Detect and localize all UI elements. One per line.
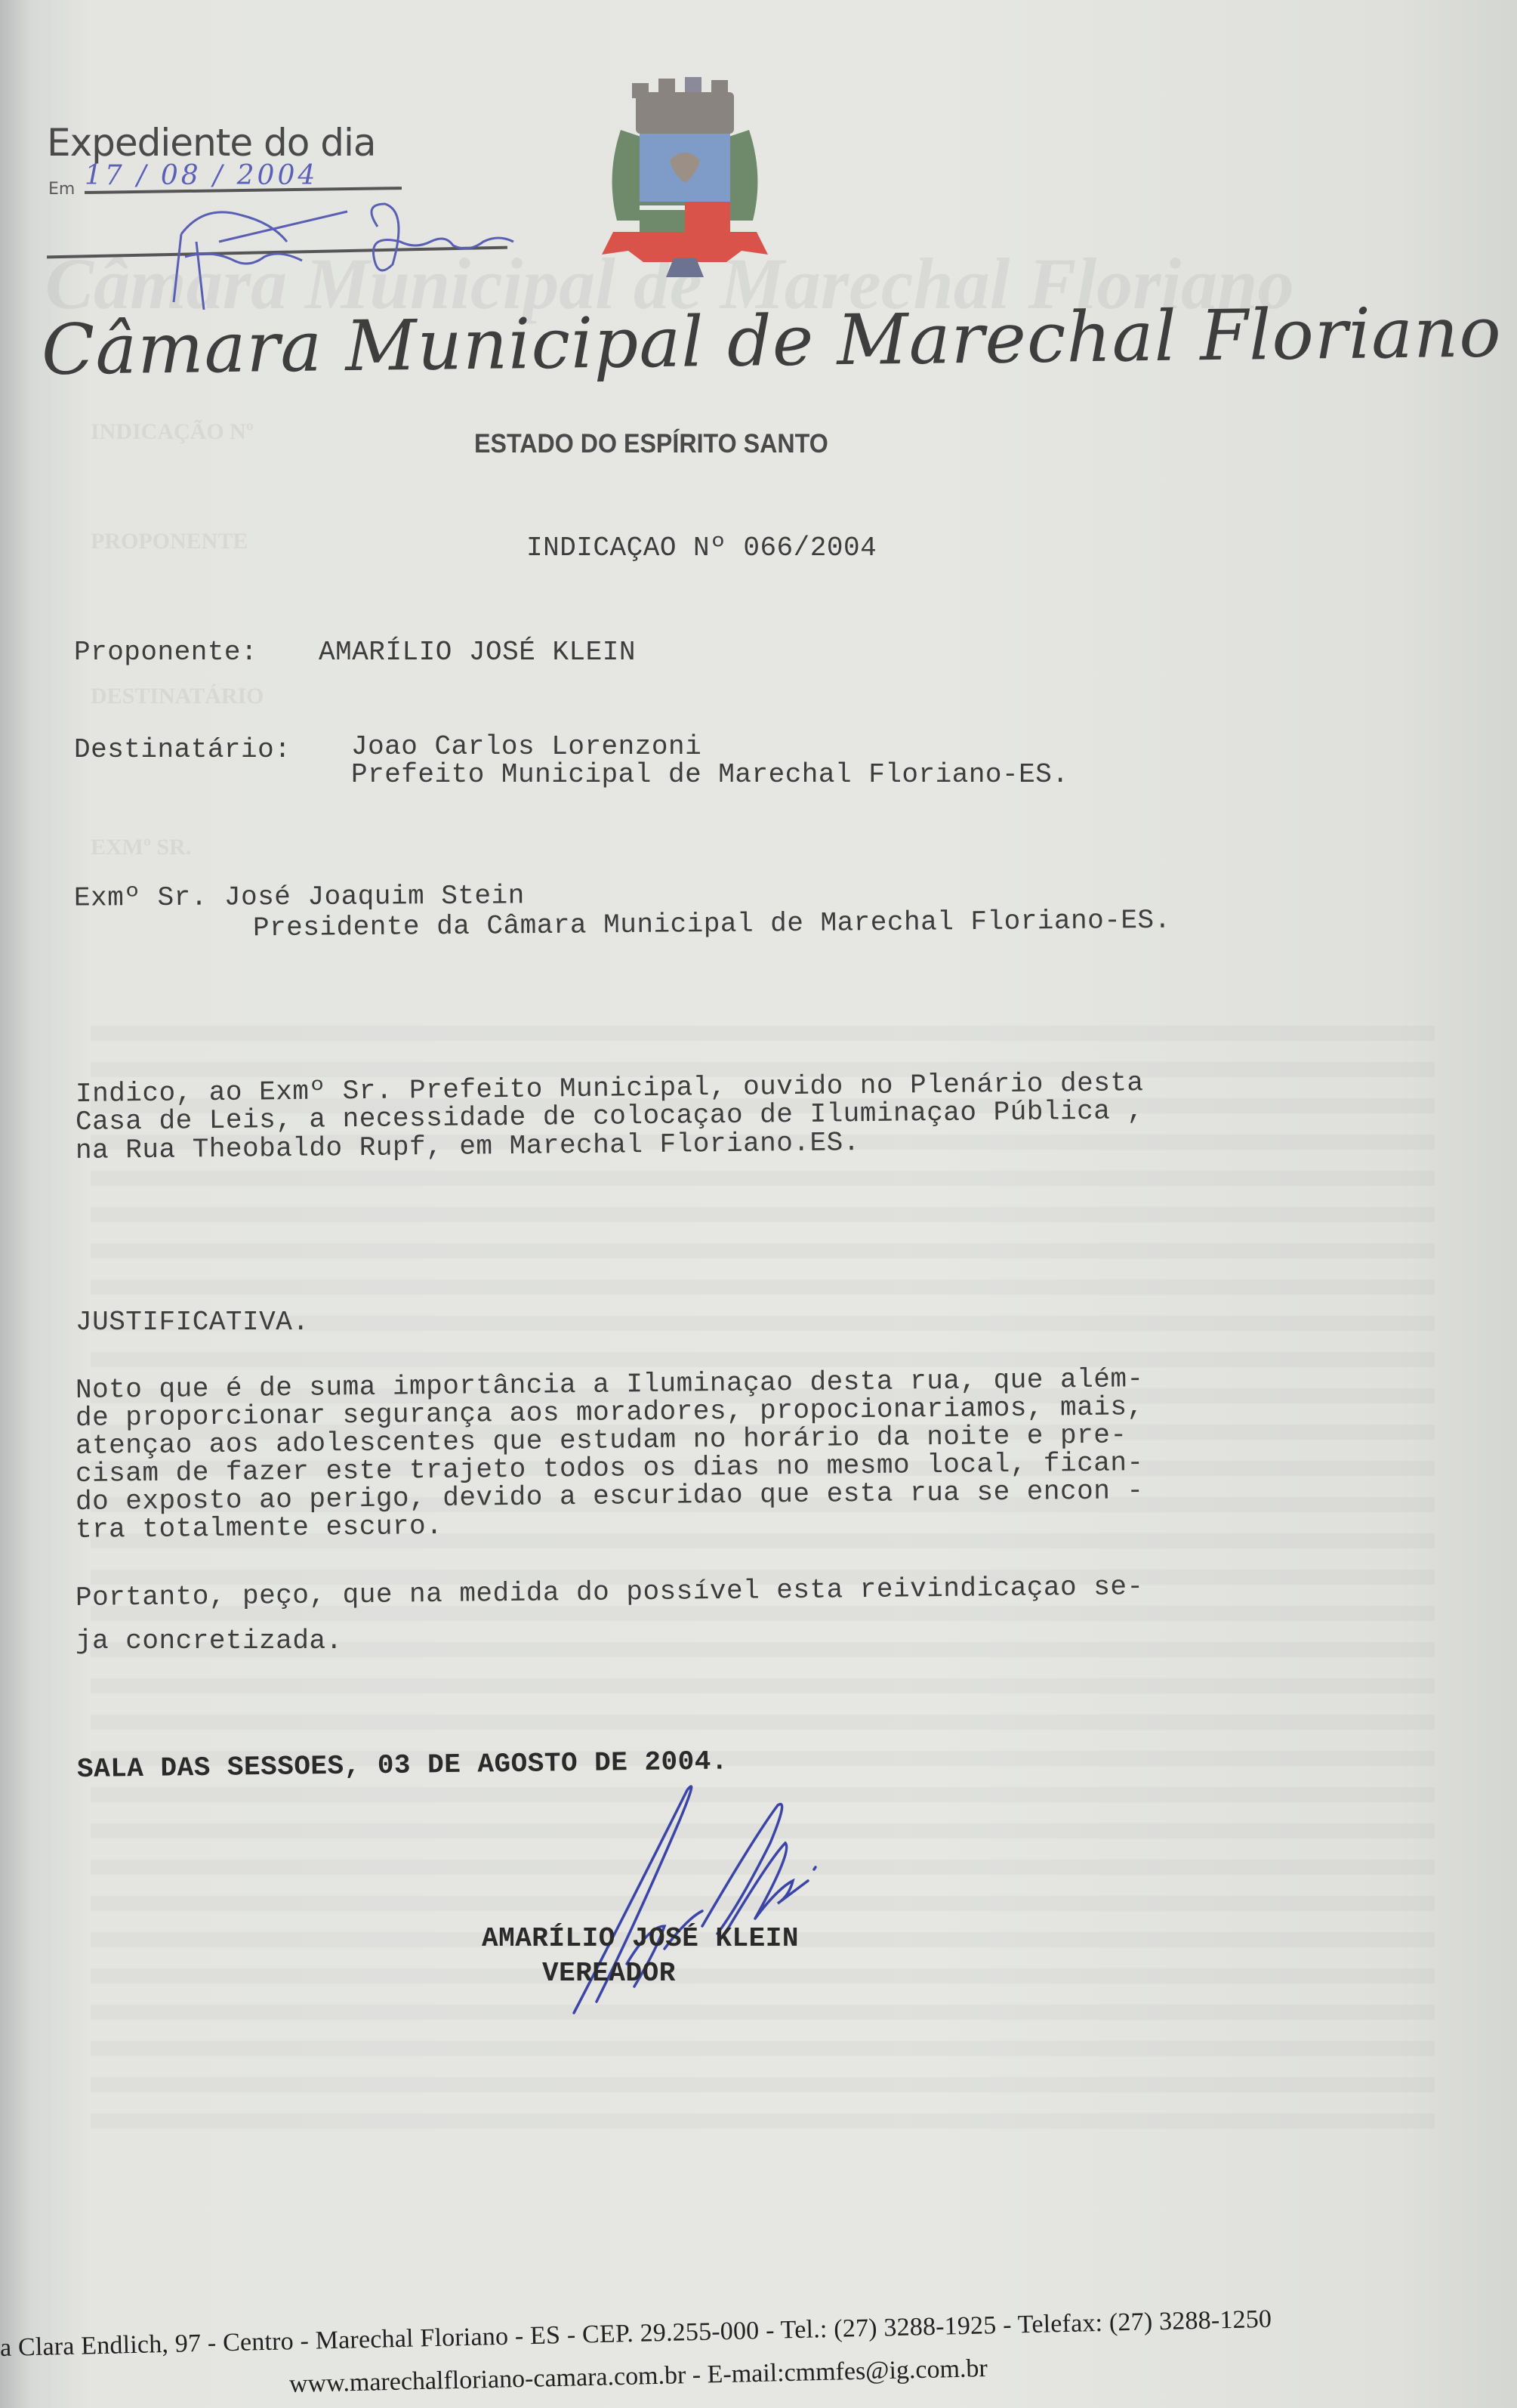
- bleed-through-text: EXMº SR.: [91, 835, 191, 860]
- signer-name: AMARÍLIO JOSÉ KLEIN: [482, 1923, 799, 1954]
- bleed-through-text: PROPONENTE: [91, 529, 248, 554]
- stamp-date: 17 / 08 / 2004: [85, 160, 318, 191]
- proponente-label: Proponente:: [74, 637, 257, 668]
- paragraph-line: ja concretizada.: [76, 1625, 343, 1656]
- destinatario-label: Destinatário:: [74, 734, 291, 765]
- signature-scrawl: [529, 1775, 868, 2032]
- bleed-through-text: INDICAÇÃO Nº: [91, 419, 254, 445]
- destinatario-role: Prefeito Municipal de Marechal Floriano-…: [351, 759, 1068, 790]
- addressee-name: Exmº Sr. José Joaquim Stein: [74, 880, 525, 913]
- destinatario-name: Joao Carlos Lorenzoni: [351, 731, 701, 762]
- bleed-through-text: DESTINATÁRIO: [91, 684, 264, 709]
- footer-contact: www.marechalfloriano-camara.com.br - E-m…: [289, 2354, 988, 2399]
- state-name: ESTADO DO ESPÍRITO SANTO: [474, 429, 828, 459]
- stamp-em-label: Em: [48, 180, 75, 199]
- justification-heading: JUSTIFICATIVA.: [76, 1307, 309, 1338]
- footer-address: a Clara Endlich, 97 - Centro - Marechal …: [0, 2305, 1272, 2363]
- stamp-title: Expediente do dia: [47, 121, 376, 165]
- organization-title: Câmara Municipal de Marechal Floriano: [41, 292, 1502, 391]
- coat-of-arms-icon: [590, 69, 779, 281]
- document-page: Câmara Municipal de Marechal Floriano IN…: [0, 0, 1517, 2408]
- proponente-name: AMARÍLIO JOSÉ KLEIN: [319, 637, 636, 668]
- stamp-signature: [151, 196, 544, 310]
- paragraph-line: tra totalmente escuro.: [76, 1511, 443, 1545]
- signer-role: VEREADOR: [542, 1958, 676, 1989]
- document-title: INDICAÇAO Nº 066/2004: [526, 533, 877, 563]
